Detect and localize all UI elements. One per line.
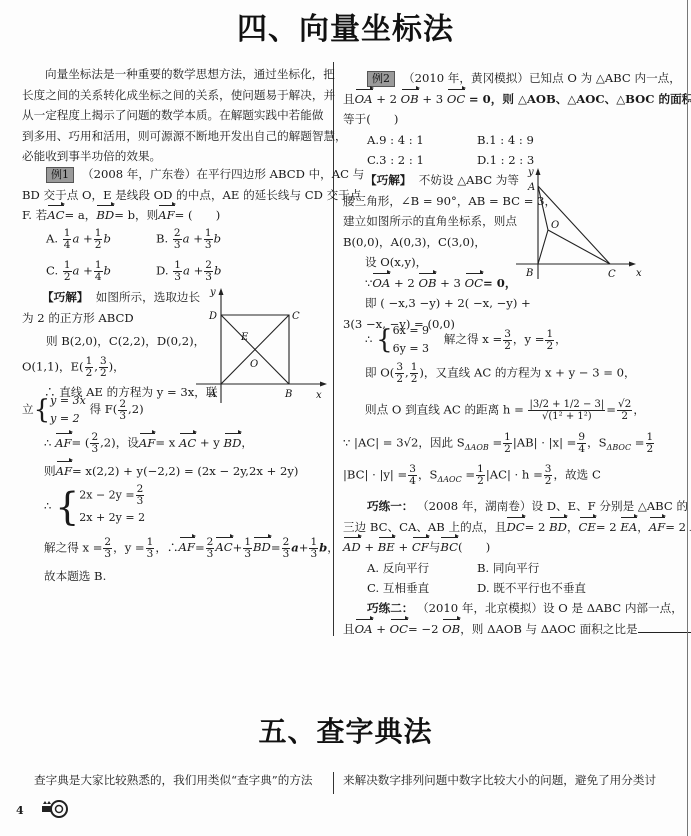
- text: 则: [44, 464, 56, 478]
- text: = ( ): [175, 208, 221, 222]
- text: ，: [555, 332, 567, 346]
- vector-dc: DC: [506, 517, 524, 538]
- text: =: [635, 436, 645, 450]
- option-b: B. 23a +13b: [156, 228, 276, 251]
- var: a: [183, 232, 190, 246]
- op: +: [83, 264, 93, 278]
- example-question-line: F. 若AC= a，BD= b，则AF= ( ): [22, 205, 327, 226]
- option-d: 1 : 2 : 3: [490, 153, 535, 167]
- vector-oc: OC: [465, 273, 483, 294]
- text: =: [606, 403, 616, 417]
- text: 腰三角形，∠B = 90°，AB = BC = 3，: [343, 191, 523, 212]
- example-tag: 例1: [46, 167, 74, 183]
- vector-oa: OA: [355, 89, 373, 110]
- text: B(0,0)，A(0,3)，C(3,0)，: [343, 232, 523, 253]
- column-divider: [333, 772, 334, 794]
- practice-1: 巧练一： （2008 年，湖南卷）设 D、E、F 分别是 △ABC 的 三边 B…: [343, 496, 683, 599]
- text: = b，则: [114, 208, 158, 222]
- text: （2010 年，北京模拟）: [417, 601, 543, 615]
- text: +: [398, 540, 408, 554]
- section5-left-text: 查字典是大家比较熟悉的，我们用类似“查字典”的方法: [34, 770, 313, 791]
- svg-text:O: O: [250, 359, 258, 370]
- vector-bd: BD: [253, 537, 271, 558]
- text: 设 O 是 ΔABC 内部一点，: [543, 601, 683, 615]
- var: b: [104, 264, 111, 278]
- solution-label: 【巧解】: [365, 173, 411, 187]
- example-source: （2008 年，广东卷）: [82, 167, 196, 181]
- svg-text:O: O: [551, 220, 559, 231]
- option-label: C.: [46, 264, 58, 278]
- vector-ac: AC: [179, 433, 196, 454]
- equation: y = 2: [50, 410, 86, 428]
- text: 已知点 O 为 △ABC 内一点，: [529, 71, 681, 85]
- text: + 3: [440, 276, 461, 290]
- vector-af: AF: [179, 537, 195, 558]
- label-y: y: [209, 287, 216, 298]
- text: ，故选 C: [553, 468, 600, 482]
- text: 即 ( −x,3 −y) + 2( −x, −y) +: [343, 293, 523, 314]
- text: ∴: [44, 436, 51, 450]
- var: a: [183, 264, 190, 278]
- denominator: 2: [63, 272, 72, 283]
- option-label: C.: [367, 581, 379, 595]
- text: 建立如图所示的直角坐标系，则点: [343, 211, 523, 232]
- text: =: [271, 540, 281, 554]
- text: + y: [200, 436, 220, 450]
- equation: 2x − 2y =: [79, 488, 134, 501]
- text: ,2): [128, 402, 144, 416]
- intro-line: 长度之间的关系转化成坐标之间的关系，使问题易于解决，并: [22, 85, 327, 106]
- example-2: 例2（2010 年，黄冈模拟）已知点 O 为 △ABC 内一点， 且OA + 2…: [343, 68, 673, 171]
- option-a: 9 : 4 : 1: [379, 133, 424, 147]
- equation: 2x + 2y = 2: [79, 507, 145, 529]
- text: 得 F(: [89, 402, 117, 416]
- subscript: ΔAOB: [465, 443, 489, 452]
- text: ,2)，设: [100, 436, 139, 450]
- section5-right-text: 来解决数字排列问题中数字比较大小的问题，避免了用分类讨: [343, 770, 656, 791]
- text: ( ): [458, 540, 490, 554]
- text: = 0，则 △AOB、△AOC、△BOC 的面积之比: [469, 92, 691, 106]
- equation: 6x = 9: [393, 322, 429, 340]
- option-c: 3 : 2 : 1: [379, 153, 424, 167]
- text: |AB| · |x| =: [513, 436, 577, 450]
- text: +: [364, 540, 374, 554]
- solution-label: 【巧解】: [42, 290, 88, 304]
- option-label: D.: [477, 581, 490, 595]
- text: = x: [155, 436, 175, 450]
- denominator: 4: [94, 272, 103, 283]
- op: +: [83, 232, 93, 246]
- denominator: √(1² + 1²): [541, 411, 593, 422]
- vector-af: AF: [649, 517, 665, 538]
- section-title-dictionary-method: 五、查字典法: [0, 710, 691, 750]
- text: 等于( ): [343, 109, 673, 130]
- text: ，: [633, 403, 645, 417]
- intro-line: 到多用、巧用和活用，则可源源不断地开发出自己的解题智慧，: [22, 126, 327, 147]
- option-label: A.: [367, 133, 379, 147]
- vector-oa: OA: [372, 273, 390, 294]
- equation: 6y = 3: [393, 340, 429, 358]
- text: = x(2,2) + y(−2,2) = (2x − 2y,2x + 2y): [72, 464, 298, 478]
- denominator: 3: [173, 272, 182, 283]
- text: ∵: [365, 276, 372, 290]
- text: )，又直线 AC 的方程为 x + y − 3 = 0，: [419, 366, 635, 380]
- option-a: A. 14a +12b: [46, 228, 166, 251]
- intro-line: 从一定程度上揭示了问题的数学本质。在解题实践中若能做: [22, 105, 327, 126]
- text: ，S: [418, 468, 438, 482]
- example-2-solution: 【巧解】 不妨设 △ABC 为等 腰三角形，∠B = 90°，AB = BC =…: [343, 170, 523, 334]
- page-number: 4: [16, 804, 24, 817]
- denominator: 3: [173, 240, 182, 251]
- var: a: [291, 540, 299, 554]
- text: F. 若: [22, 208, 47, 222]
- option-c: 互相垂直: [383, 581, 429, 595]
- text: 则 B(2,0)，C(2,2)，D(0,2)，: [22, 331, 202, 352]
- text: 解之得 x =: [44, 540, 102, 554]
- var: b: [214, 232, 221, 246]
- var: b: [103, 232, 110, 246]
- key-icon: [40, 797, 70, 821]
- text: ，则 ΔAOB 与 ΔAOC 面积之比是: [460, 622, 637, 636]
- vector-oa: OA: [355, 619, 373, 640]
- text: =: [465, 468, 475, 482]
- answer-blank[interactable]: [638, 620, 691, 633]
- intro-line: 向量坐标法是一种重要的数学思想方法，通过坐标化，把: [22, 64, 327, 85]
- var: a: [72, 232, 79, 246]
- example-1-solution: 【巧解】 如图所示，选取边长 为 2 的正方形 ABCD 则 B(2,0)，C(…: [22, 287, 202, 402]
- practice-label: 巧练一：: [367, 499, 413, 513]
- example-text: 在平行四边形 ABCD 中，AC 与: [196, 167, 364, 181]
- triangle-coordinate-figure: y A O B C x: [508, 166, 658, 281]
- vector-bd: BD: [549, 517, 567, 538]
- option-label: B.: [156, 232, 168, 246]
- text: 三边 BC、CA、AB 上的点，且: [343, 520, 506, 534]
- text: =: [492, 436, 502, 450]
- op: +: [193, 232, 203, 246]
- vector-ob: OB: [442, 619, 460, 640]
- option-a: 反向平行: [383, 561, 429, 575]
- vector-af: AF: [158, 205, 174, 226]
- option-c: C. 12a +14b: [46, 260, 166, 283]
- text: |BC| · |y| =: [343, 468, 407, 482]
- text: + 2: [376, 92, 397, 106]
- vector-ea: EA: [620, 517, 637, 538]
- vector-ce: CE: [579, 517, 596, 538]
- intro-paragraph: 向量坐标法是一种重要的数学思想方法，通过坐标化，把 长度之间的关系转化成坐标之间…: [22, 64, 327, 167]
- vector-oc: OC: [390, 619, 408, 640]
- vector-ob: OB: [418, 273, 436, 294]
- var: a: [73, 264, 80, 278]
- section-title-vector-coordinate: 四、向量坐标法: [0, 4, 691, 48]
- text: 则点 O 到直线 AC 的距离 h =: [365, 403, 524, 417]
- text: ∵ |AC| = 3√2，因此 S: [343, 436, 465, 450]
- subscript: ΔBOC: [607, 443, 631, 452]
- page-edge: [687, 0, 688, 836]
- option-label: B.: [477, 133, 489, 147]
- vector-ob: OB: [401, 89, 419, 110]
- svg-text:C: C: [292, 311, 300, 322]
- option-label: C.: [367, 153, 379, 167]
- text: =: [195, 540, 205, 554]
- equation: y = 3x: [50, 392, 86, 410]
- text: = a，: [64, 208, 96, 222]
- text: = −2: [408, 622, 439, 636]
- text: ∴: [365, 332, 372, 346]
- svg-text:A: A: [527, 182, 535, 193]
- svg-text:D: D: [208, 311, 217, 322]
- svg-text:y: y: [527, 167, 534, 178]
- text: 即 O(: [365, 366, 394, 380]
- svg-text:E: E: [240, 332, 249, 343]
- option-label: B.: [477, 561, 489, 575]
- text: ∴: [44, 498, 51, 512]
- denominator: 3: [204, 272, 213, 283]
- vector-be: BE: [378, 537, 395, 558]
- vector-oc: OC: [447, 89, 465, 110]
- vector-ad: AD: [343, 537, 361, 558]
- text: 且: [343, 92, 355, 106]
- practice-label: 巧练二：: [367, 601, 413, 615]
- text: ，: [327, 540, 339, 554]
- text: ，y =: [113, 540, 145, 554]
- subscript: ΔAOC: [437, 475, 461, 484]
- option-b: 1 : 4 : 9: [489, 133, 534, 147]
- text: ，y =: [513, 332, 545, 346]
- vector-ac: AC: [47, 205, 64, 226]
- option-label: A.: [367, 561, 379, 575]
- var: b: [214, 264, 221, 278]
- text: = 2: [665, 520, 686, 534]
- vector-bd: BD: [224, 433, 242, 454]
- text: （2008 年，湖南卷）: [417, 499, 531, 513]
- vector-af: AF: [56, 461, 72, 482]
- text: 不妨设 △ABC 为等: [419, 173, 519, 187]
- text: ，∴: [155, 540, 178, 554]
- text: ，: [637, 520, 649, 534]
- denominator: 3: [204, 240, 213, 251]
- numerator: |3/2 + 1/2 − 3|: [528, 399, 605, 411]
- square-coordinate-figure: y D C E O A B x: [196, 286, 336, 406]
- text: 且: [343, 622, 355, 636]
- option-d: D. 13a +23b: [156, 260, 276, 283]
- text: = 2: [525, 520, 546, 534]
- vector-bc: BC: [440, 537, 458, 558]
- text: + 3: [422, 92, 443, 106]
- answer-text: 故本题选 B.: [22, 566, 327, 587]
- denominator: 4: [63, 240, 72, 251]
- example-1: 例1（2008 年，广东卷）在平行四边形 ABCD 中，AC 与 BD 交于点 …: [22, 164, 327, 226]
- example-source: （2010 年，黄冈模拟）: [403, 71, 529, 85]
- svg-text:B: B: [525, 268, 533, 279]
- vector-bd: BD: [96, 205, 114, 226]
- svg-text:C: C: [608, 269, 616, 280]
- op: +: [194, 264, 204, 278]
- text: ，: [567, 520, 579, 534]
- option-label: A.: [46, 232, 58, 246]
- text: 为 2 的正方形 ABCD: [22, 308, 202, 329]
- text: + 2: [394, 276, 415, 290]
- text: +: [233, 540, 243, 554]
- option-label: D.: [477, 153, 490, 167]
- text: +: [299, 540, 309, 554]
- text: ，S: [587, 436, 607, 450]
- denominator: 2: [94, 240, 103, 251]
- vector-ac: AC: [215, 537, 232, 558]
- vector-af: AF: [55, 433, 71, 454]
- example-1-solution-cont: 立{y = 3xy = 2 得 F(23,2) ∴ AF= (23,2)，设AF…: [22, 392, 327, 586]
- text: )，: [109, 359, 125, 373]
- option-label: D.: [156, 264, 169, 278]
- text: 解之得 x =: [444, 332, 502, 346]
- option-b: 同向平行: [493, 561, 539, 575]
- vector-cf: CF: [412, 537, 429, 558]
- text: +: [376, 622, 386, 636]
- text: 立: [22, 402, 34, 416]
- practice-2: 巧练二： （2010 年，北京模拟）设 O 是 ΔABC 内部一点， 且OA +…: [343, 598, 683, 639]
- example-2-solution-cont: ∴ {6x = 96y = 3 解之得 x =32，y =12， 即 O(32,…: [343, 322, 683, 491]
- text: 如图所示，选取边长: [96, 290, 200, 304]
- text: ，: [241, 436, 253, 450]
- vector-af: AF: [139, 433, 155, 454]
- option-d: 既不平行也不垂直: [493, 581, 586, 595]
- text: |AC| · h =: [486, 468, 543, 482]
- text: O(1,1)，E(: [22, 359, 84, 373]
- text: = (: [72, 436, 90, 450]
- text: 设 D、E、F 分别是 △ABC 的: [531, 499, 688, 513]
- svg-text:x: x: [636, 268, 642, 279]
- text: = 2: [596, 520, 617, 534]
- text: 与: [429, 540, 441, 554]
